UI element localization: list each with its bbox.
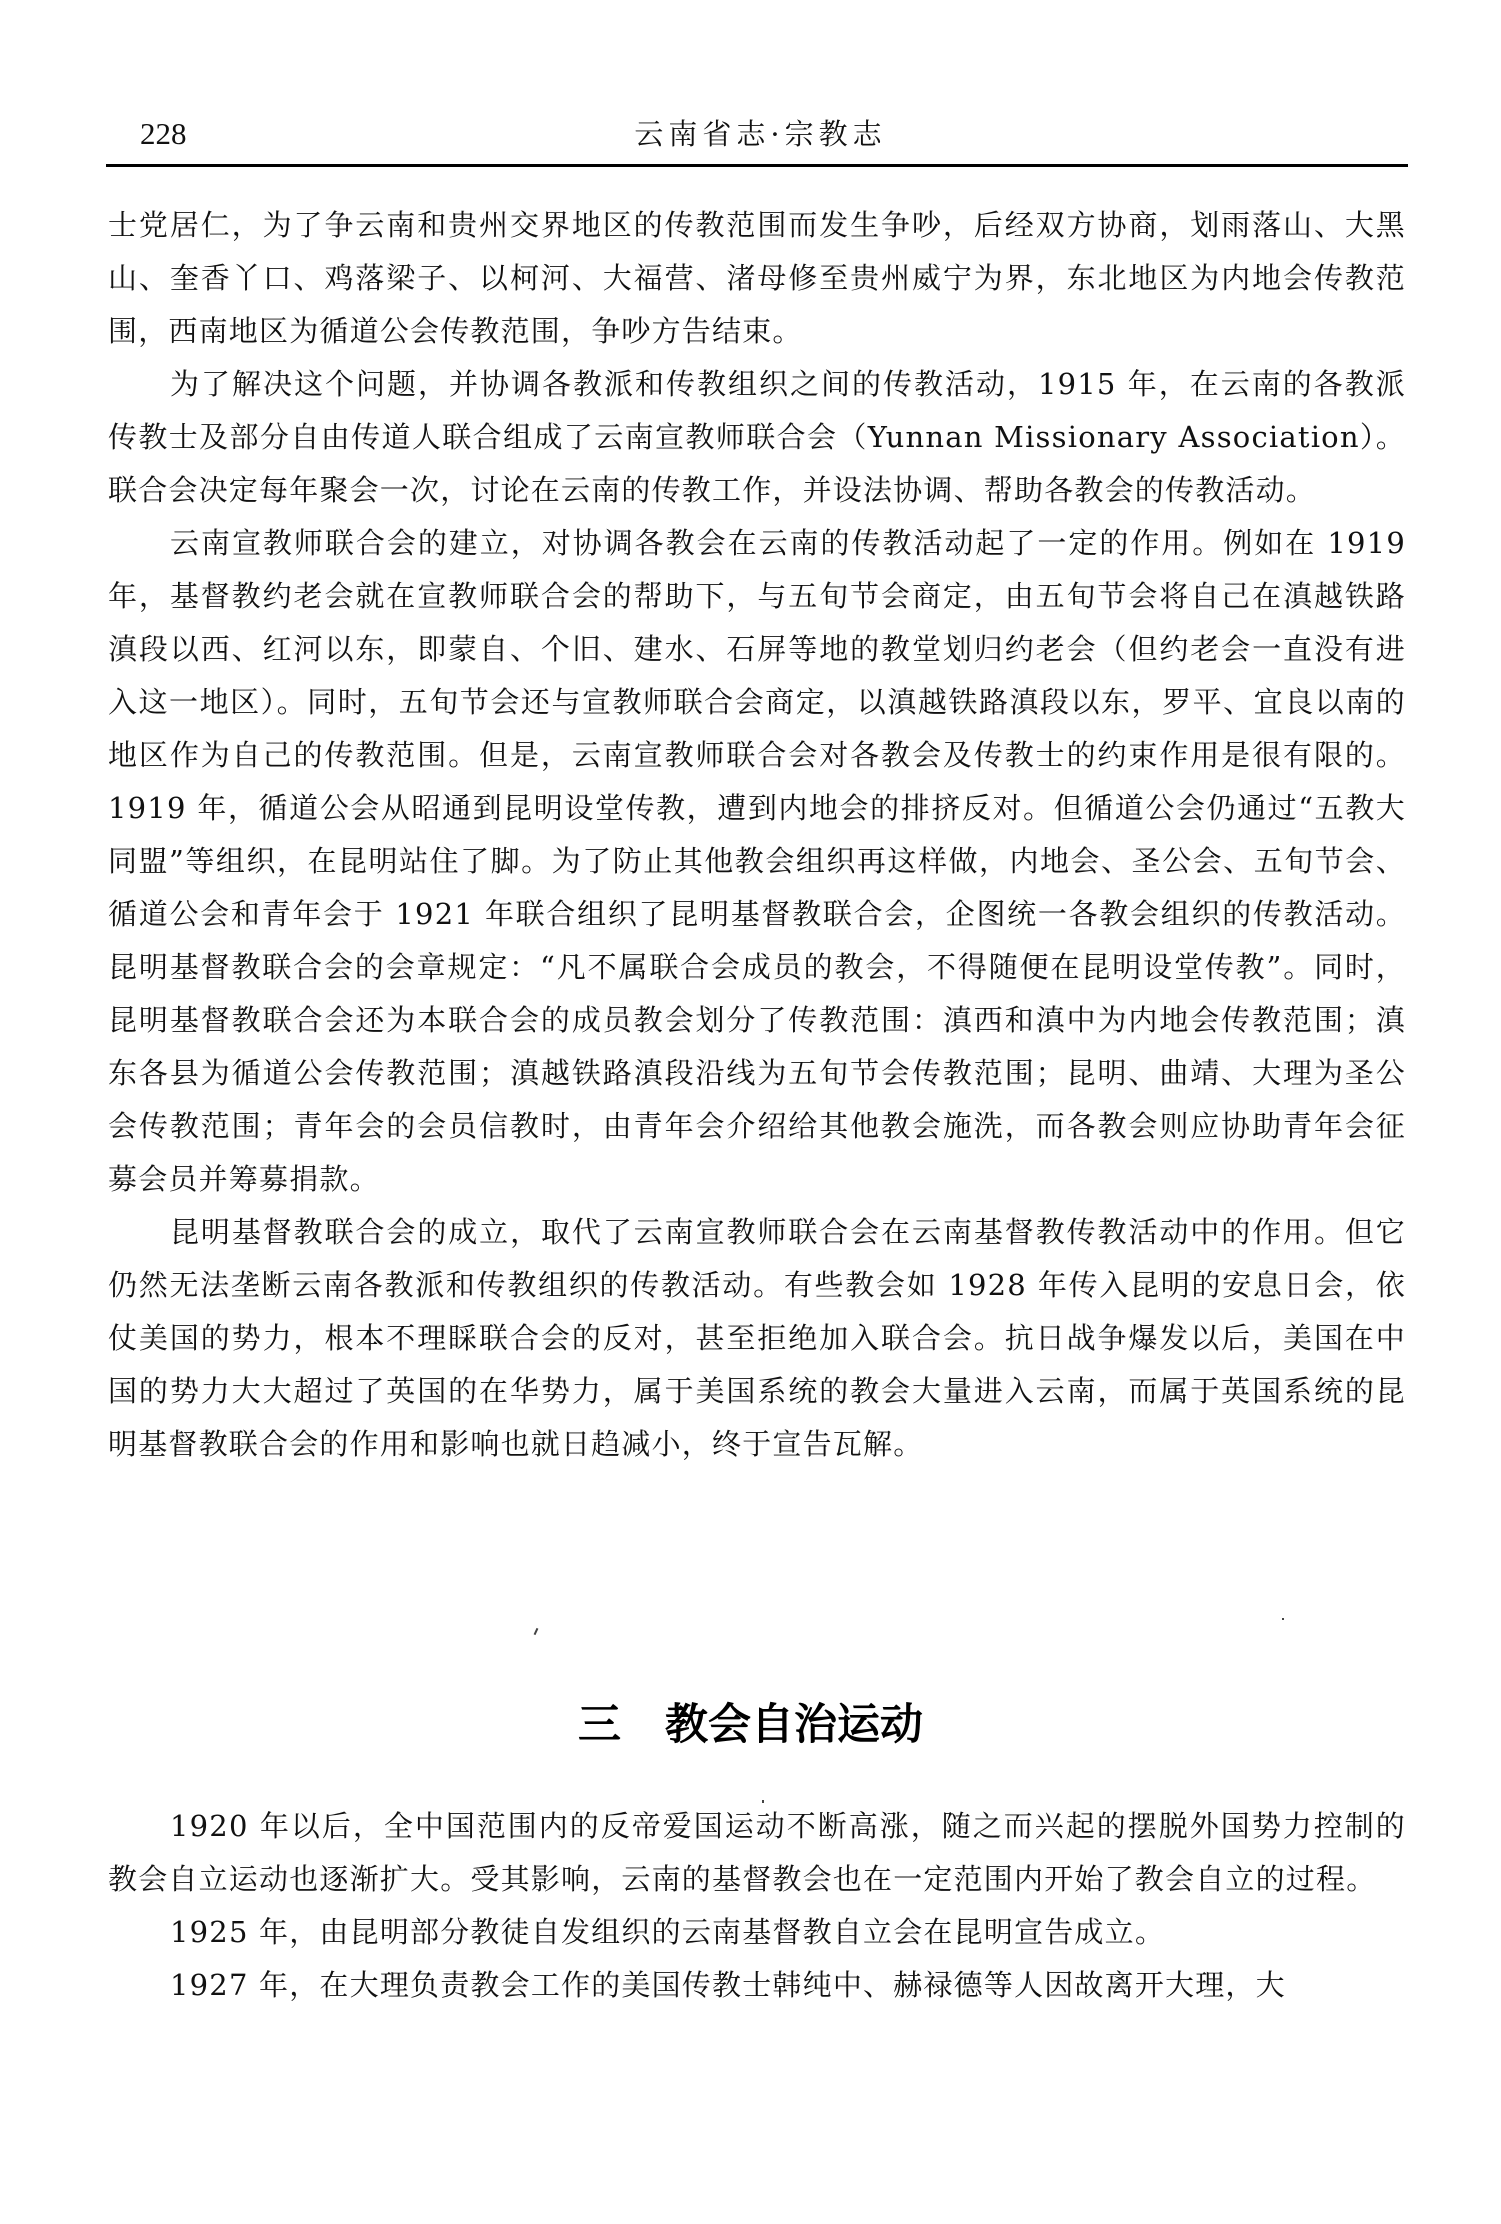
paragraph: 1920 年以后，全中国范围内的反帝爱国运动不断高涨，随之而兴起的摆脱外国势力控… [108,1800,1406,1906]
paragraph: 士党居仁，为了争云南和贵州交界地区的传教范围而发生争吵，后经双方协商，划雨落山、… [108,199,1406,358]
section-title: 教会自治运动 [665,1700,923,1750]
scan-speck [534,1628,539,1635]
scan-speck [762,1800,764,1803]
running-header-title: 云南省志·宗教志 [0,116,1501,152]
section-heading: 三教会自治运动 [0,1696,1501,1754]
header-rule [106,164,1408,167]
body-text-part2: 1920 年以后，全中国范围内的反帝爱国运动不断高涨，随之而兴起的摆脱外国势力控… [108,1800,1406,2012]
paragraph: 1927 年，在大理负责教会工作的美国传教士韩纯中、赫禄德等人因故离开大理，大 [108,1959,1406,2012]
paragraph: 1925 年，由昆明部分教徒自发组织的云南基督教自立会在昆明宣告成立。 [108,1906,1406,1959]
body-text-part1: 士党居仁，为了争云南和贵州交界地区的传教范围而发生争吵，后经双方协商，划雨落山、… [108,199,1406,1471]
paragraph: 昆明基督教联合会的成立，取代了云南宣教师联合会在云南基督教传教活动中的作用。但它… [108,1206,1406,1471]
paragraph: 为了解决这个问题，并协调各教派和传教组织之间的传教活动，1915 年，在云南的各… [108,358,1406,517]
paragraph: 云南宣教师联合会的建立，对协调各教会在云南的传教活动起了一定的作用。例如在 19… [108,517,1406,1206]
section-number: 三 [578,1700,621,1750]
scan-speck [1282,1618,1284,1620]
